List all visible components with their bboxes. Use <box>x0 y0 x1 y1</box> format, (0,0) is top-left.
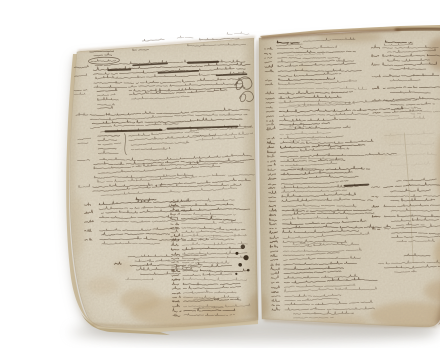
strikethrough-mark <box>188 62 218 63</box>
right-page-top-corner-edge <box>395 29 440 30</box>
strikethrough-mark <box>108 69 130 70</box>
strikethrough-mark <box>217 74 247 75</box>
manuscript-svg <box>40 16 440 348</box>
strikethrough-mark <box>344 185 368 186</box>
manuscript-photo <box>40 16 440 348</box>
